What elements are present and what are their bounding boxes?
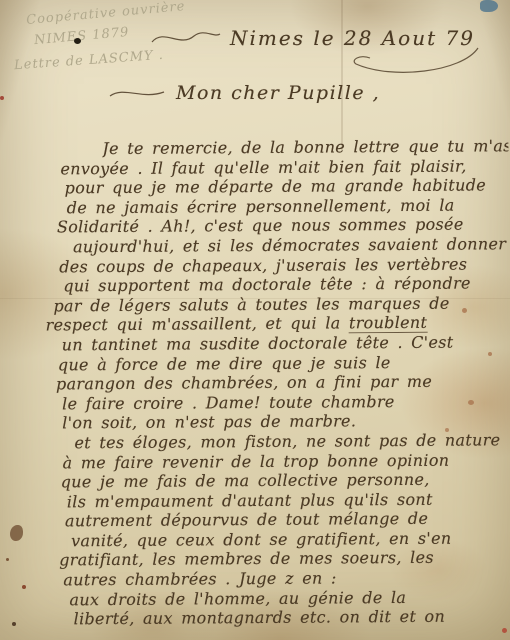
letter-line: par de légers saluts à toutes les marque…	[53, 293, 509, 316]
ink-blot	[74, 38, 81, 44]
red-speck	[0, 96, 4, 100]
blue-stain	[480, 0, 498, 12]
flourish-icon	[150, 26, 222, 50]
flourish-icon	[352, 46, 482, 80]
pencil-note-line-2: NIMES 1879	[34, 25, 130, 48]
letter-line: vanité, que ceux dont se gratifient, en …	[71, 528, 510, 551]
salutation: Mon cher Pupille ,	[108, 82, 380, 104]
letter-body: Je te remercie, de la bonne lettre que t…	[0, 136, 510, 629]
salutation-text: Mon cher Pupille ,	[176, 82, 380, 104]
pencil-note-line-3: Lettre de LASCMY .	[14, 48, 165, 73]
letter-line: un tantinet ma susdite doctorale tête . …	[62, 332, 510, 355]
red-speck	[502, 628, 507, 633]
flourish-icon	[108, 86, 166, 100]
pencil-note-line-1: Coopérative ouvrière	[26, 0, 186, 28]
underlined-word: troublent	[349, 313, 427, 334]
letter-line: à me faire revenir de la trop bonne opin…	[62, 450, 510, 473]
letter-line: liberté, aux montagnards etc. on dit et …	[74, 606, 510, 629]
letter-scan: Coopérative ouvrière NIMES 1879 Lettre d…	[0, 0, 510, 640]
fold-crease-vertical	[341, 0, 343, 150]
